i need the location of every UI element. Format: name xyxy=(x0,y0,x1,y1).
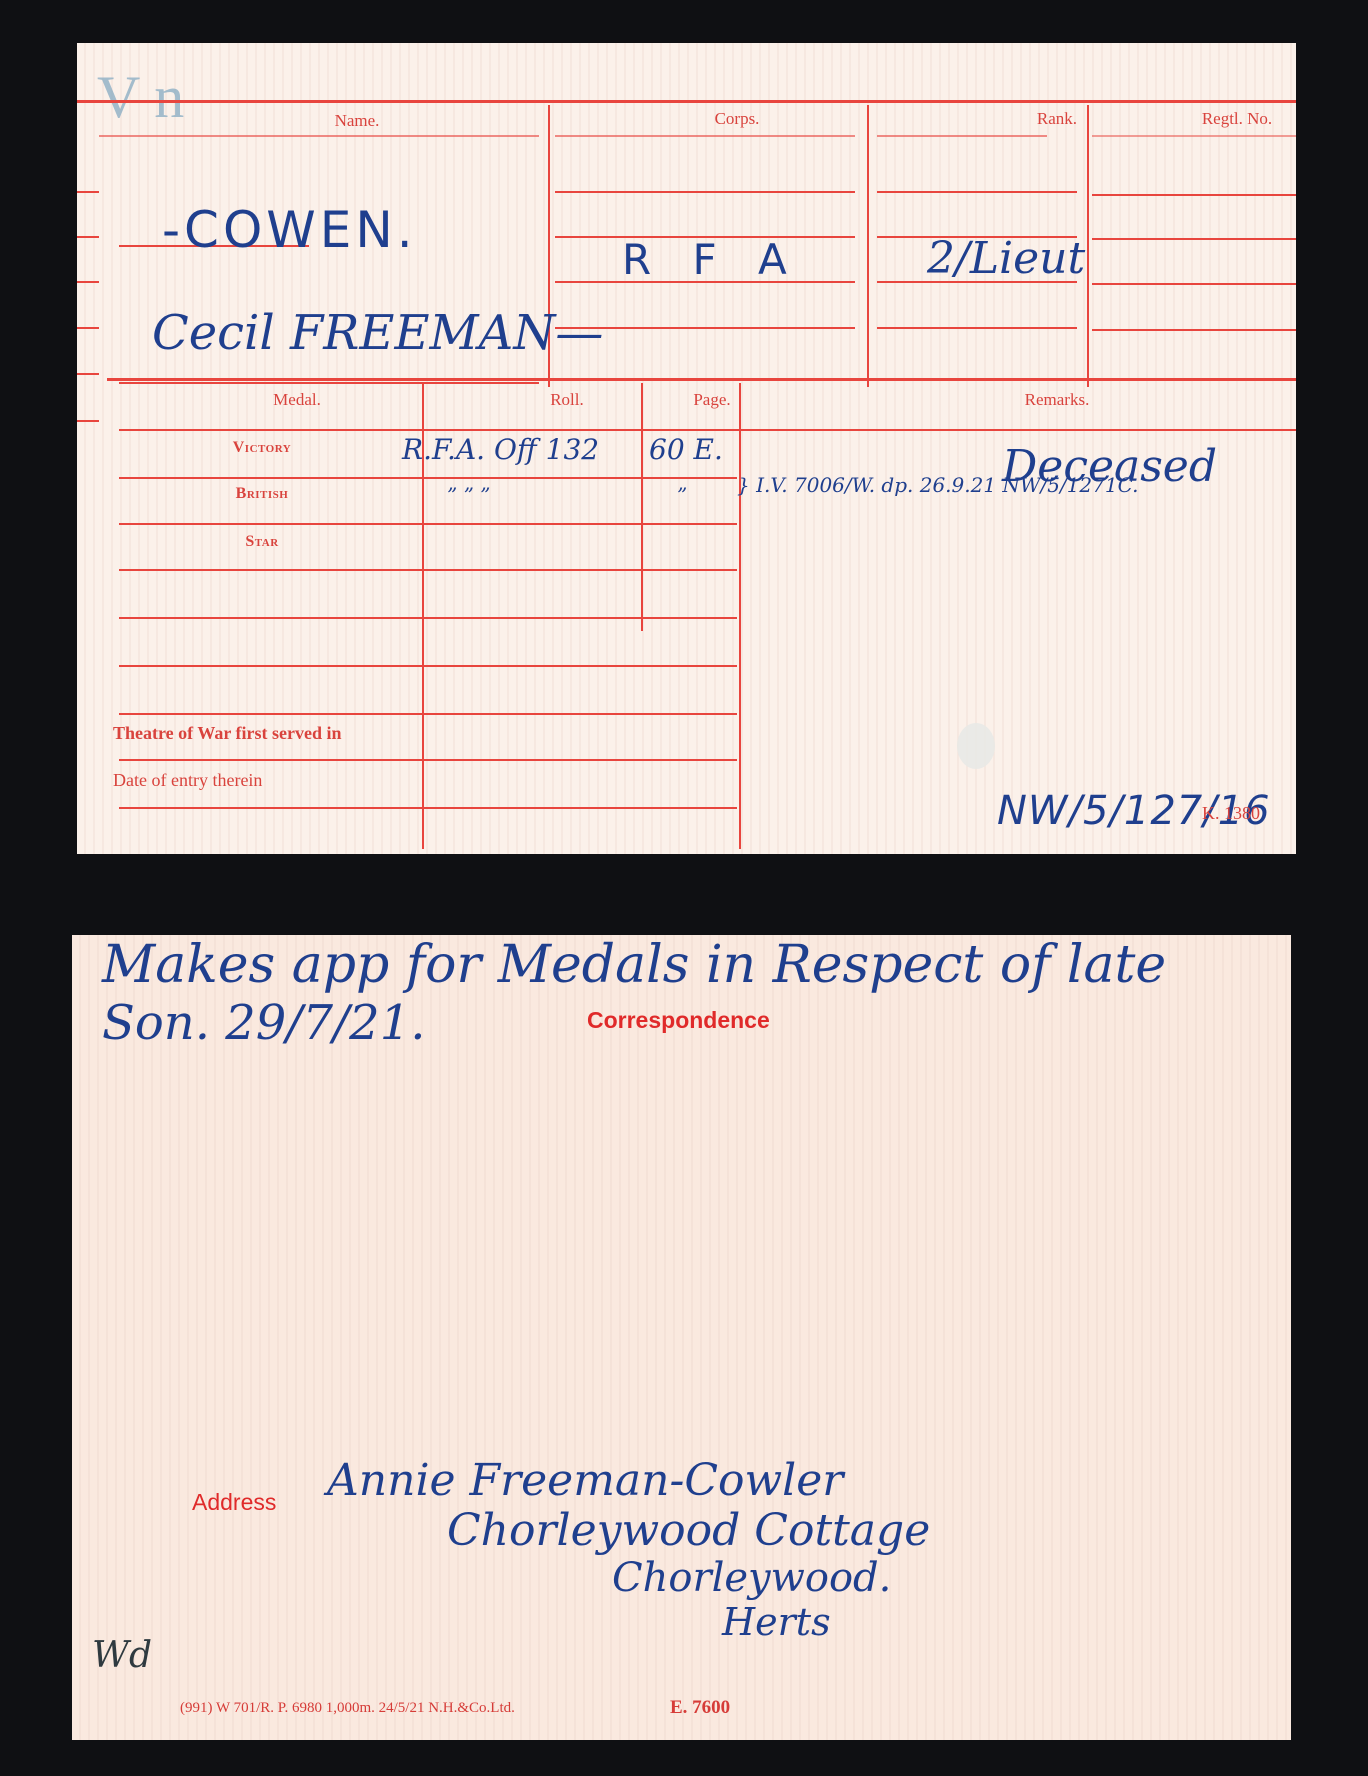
corps-value: R F A xyxy=(622,235,801,284)
header-corps: Corps. xyxy=(637,109,837,129)
stamp-mark xyxy=(957,723,995,769)
margin-tick xyxy=(77,281,99,283)
pencil-mark: V n xyxy=(97,63,184,132)
correspondence-note-line2: Son. 29/7/21. xyxy=(102,995,426,1051)
printer-footer: (991) W 701/R. P. 6980 1,000m. 24/5/21 N… xyxy=(180,1700,515,1717)
margin-tick xyxy=(77,420,99,422)
rule-top xyxy=(77,100,1296,103)
address-line-3: Chorleywood. xyxy=(612,1555,891,1601)
forenames-value: Cecil FREEMAN— xyxy=(152,305,603,361)
header-regtl-no: Regtl. No. xyxy=(1157,109,1317,129)
col-divider xyxy=(1087,105,1089,387)
margin-tick xyxy=(77,327,99,329)
form-code: E. 7600 xyxy=(670,1697,730,1719)
margin-tick xyxy=(77,236,99,238)
header-page: Page. xyxy=(657,390,767,410)
medal-victory: Victory xyxy=(187,439,337,457)
address-label: Address xyxy=(192,1489,276,1516)
surname-value: -COWEN. xyxy=(162,201,417,259)
correspondence-note-line1: Makes app for Medals in Respect of late xyxy=(102,935,1166,995)
address-line-1: Annie Freeman-Cowler xyxy=(327,1455,843,1506)
page-british: ” xyxy=(677,483,687,507)
address-line-4: Herts xyxy=(722,1600,831,1644)
header-remarks: Remarks. xyxy=(957,390,1157,410)
rule-medal-top xyxy=(107,378,1296,381)
medal-british: British xyxy=(187,485,337,503)
rank-value: 2/Lieut xyxy=(927,233,1085,284)
medal-index-card-back: Makes app for Medals in Respect of late … xyxy=(72,935,1291,1740)
date-entry-label: Date of entry therein xyxy=(113,770,413,791)
margin-tick xyxy=(77,373,99,375)
col-divider xyxy=(867,105,869,387)
header-name: Name. xyxy=(257,111,457,131)
correspondence-heading: Correspondence xyxy=(587,1007,770,1034)
initials-mark: Wd xyxy=(92,1635,152,1676)
header-medal: Medal. xyxy=(217,390,377,410)
roll-british: ” ” ” xyxy=(447,483,490,507)
header-rank: Rank. xyxy=(957,109,1157,129)
medal-star: Star xyxy=(187,533,337,551)
margin-tick xyxy=(77,191,99,193)
page-victory: 60 E. xyxy=(649,433,723,466)
medal-index-card-front: V n Name. Corps. Rank. Regtl. No. -COWEN… xyxy=(77,43,1296,854)
address-line-2: Chorleywood Cottage xyxy=(447,1505,930,1556)
header-roll: Roll. xyxy=(467,390,667,410)
roll-victory: R.F.A. Off 132 xyxy=(402,433,599,466)
form-number: K. 1380 xyxy=(1202,803,1302,824)
theatre-label: Theatre of War first served in xyxy=(113,723,433,744)
remarks-reference: } I.V. 7006/W. dp. 26.9.21 NW/5/1271C. xyxy=(737,473,1139,497)
